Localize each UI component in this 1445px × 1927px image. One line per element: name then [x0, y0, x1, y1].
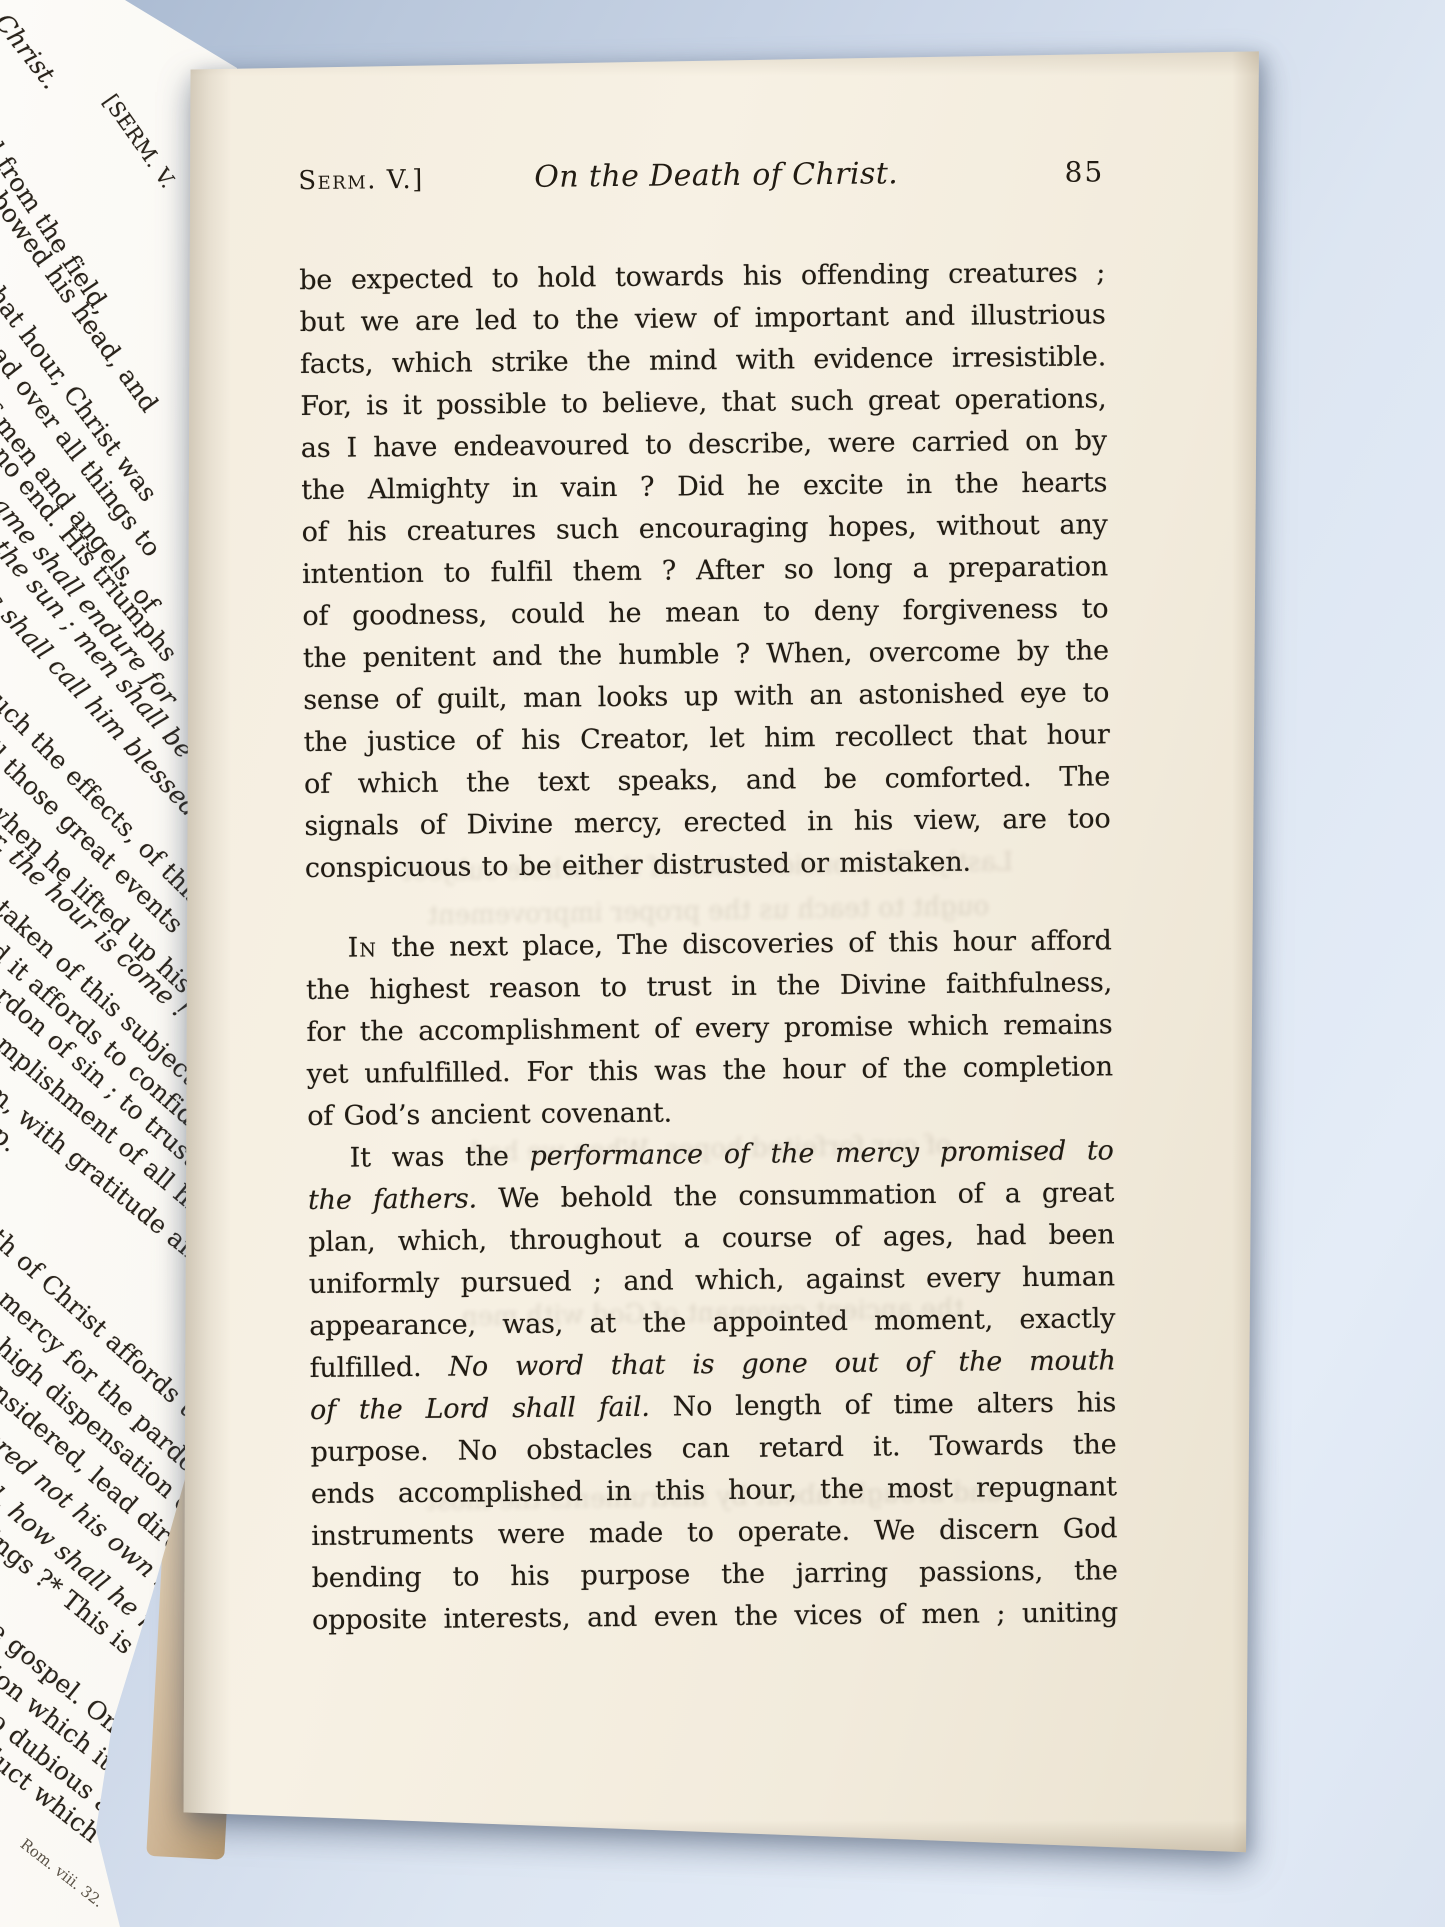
gutter-shadow [183, 46, 231, 1854]
page-content: Lastly, The consideration of this whole … [183, 41, 1277, 1859]
ink-bleed-layer: Lastly, The consideration of this whole … [183, 41, 1260, 51]
body-text: be expected to hold towards his offendin… [299, 252, 1118, 1642]
paragraph: be expected to hold towards his offendin… [299, 252, 1111, 890]
top-edge-shadow [183, 46, 1260, 76]
paragraph: In the next place, The discoveries of th… [305, 920, 1113, 1138]
right-edge-shadow [1232, 46, 1260, 1854]
page-header-title: On the Death of Christ. [424, 155, 1065, 196]
running-header: Serm. V.] On the Death of Christ. 85 [298, 154, 1104, 197]
page-number: 85 [1064, 155, 1104, 188]
book-page: Lastly, The consideration of this whole … [183, 46, 1260, 1854]
bottom-edge-shadow [183, 1820, 1260, 1854]
text-line: signals of Divine mercy, erected in his … [304, 798, 1110, 848]
text-line: opposite interests, and even the vices o… [312, 1592, 1118, 1642]
book-photo: Christ.[SERM. V.he retired from the fiel… [0, 0, 1445, 1927]
text-line: yet unfulfilled. For this was the hour o… [307, 1046, 1113, 1096]
page-paper: Lastly, The consideration of this whole … [183, 46, 1260, 1854]
paragraph: It was the performance of the mercy prom… [307, 1130, 1118, 1642]
text-line: conspicuous to be either distrusted or m… [305, 840, 1111, 890]
sermon-label: Serm. V.] [298, 165, 424, 196]
